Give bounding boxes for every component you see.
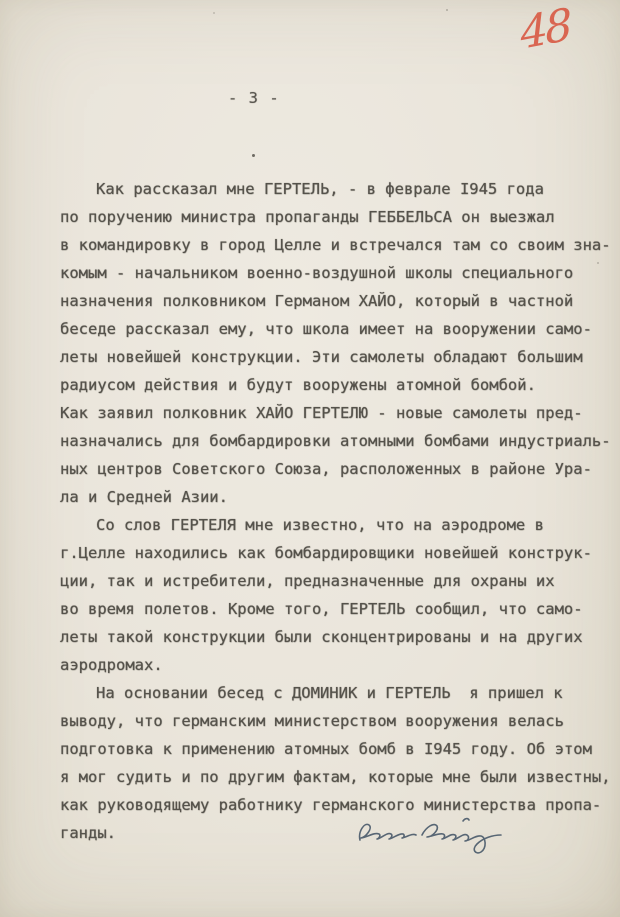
- typewritten-line: леты новейшей конструкции. Эти самолеты …: [60, 343, 616, 371]
- document-page: 48 - 3 - Как рассказал мне ГЕРТЕЛЬ, - в …: [0, 0, 620, 917]
- typewritten-line: Как заявил полковник ХАЙО ГЕРТЕЛЮ - новы…: [60, 399, 616, 427]
- typewritten-line: назначения полковником Германом ХАЙО, ко…: [60, 287, 616, 315]
- ink-dot: [252, 154, 255, 157]
- typewritten-line: в командировку в город Целле и встречалс…: [60, 231, 616, 259]
- typewritten-line: леты такой конструкции были сконцентриро…: [60, 623, 616, 651]
- typewritten-line: Со слов ГЕРТЕЛЯ мне известно, что на аэр…: [60, 511, 616, 539]
- typewritten-line: ных центров Советского Союза, расположен…: [60, 455, 616, 483]
- typewritten-line: ции, так и истребители, предназначенные …: [60, 567, 616, 595]
- page-number: - 3 -: [228, 84, 280, 112]
- typewritten-line: как руководящему работнику германского м…: [60, 791, 616, 819]
- typewritten-line: выводу, что германским министерством воо…: [60, 707, 616, 735]
- typewritten-line: ганды.: [60, 819, 616, 847]
- typewritten-line: подготовка к применению атомных бомб в I…: [60, 735, 616, 763]
- ink-speck: [213, 12, 215, 14]
- typewritten-line: комым - начальником военно-воздушной шко…: [60, 259, 616, 287]
- ink-speck: [446, 9, 448, 11]
- typewritten-line: ла и Средней Азии.: [60, 483, 616, 511]
- typewritten-line: г.Целле находились как бомбардировщики н…: [60, 539, 616, 567]
- typewritten-line: назначались для бомбардировки атомными б…: [60, 427, 616, 455]
- typewritten-line: беседе рассказал ему, что школа имеет на…: [60, 315, 616, 343]
- typewritten-line: во время полетов. Кроме того, ГЕРТЕЛЬ со…: [60, 595, 616, 623]
- typewritten-line: Как рассказал мне ГЕРТЕЛЬ, - в феврале I…: [60, 175, 616, 203]
- typewritten-line: аэродромах.: [60, 651, 616, 679]
- typewritten-line: по поручению министра пропаганды ГЕББЕЛЬ…: [60, 203, 616, 231]
- signature-handwriting: [350, 806, 510, 858]
- typewritten-line: радиусом действия и будут вооружены атом…: [60, 371, 616, 399]
- document-body: Как рассказал мне ГЕРТЕЛЬ, - в феврале I…: [60, 175, 616, 847]
- archive-page-number-handwritten: 48: [518, 0, 571, 63]
- typewritten-line: я мог судить и по другим фактам, которые…: [60, 763, 616, 791]
- typewritten-line: На основании бесед с ДОМИНИК и ГЕРТЕЛЬ я…: [60, 679, 616, 707]
